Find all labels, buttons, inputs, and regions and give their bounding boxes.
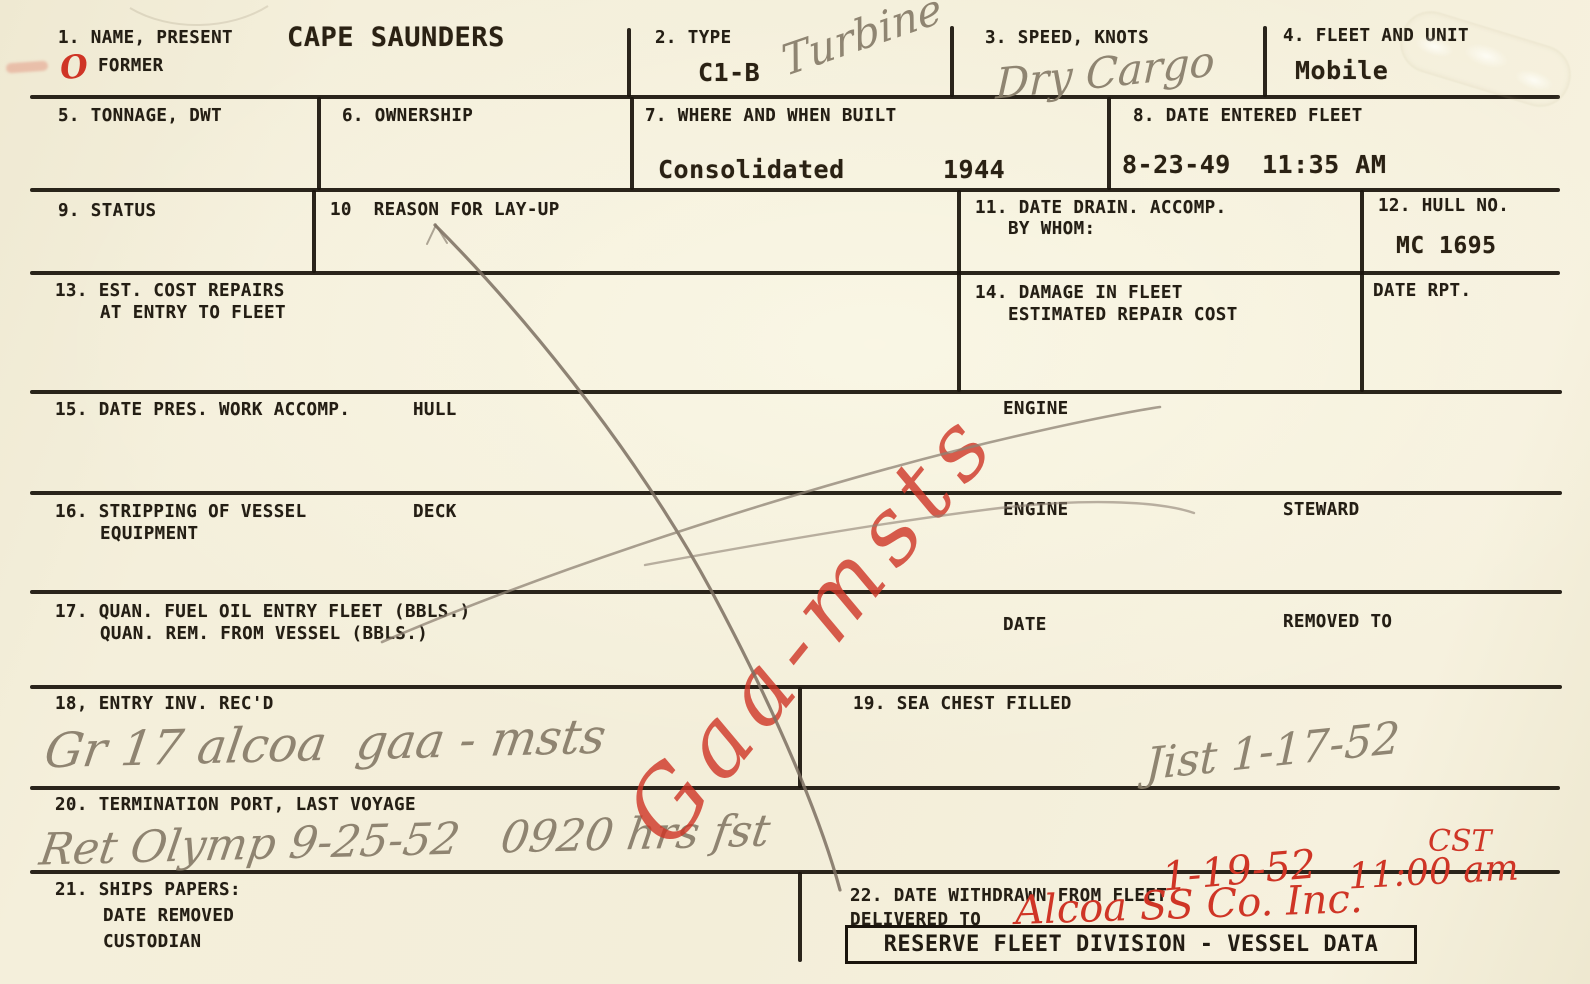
field7-label: 7. WHERE AND WHEN BUILT	[645, 106, 897, 126]
field8-label: 8. DATE ENTERED FLEET	[1133, 106, 1363, 126]
grid-hline-row1	[30, 95, 1560, 99]
field1-label: 1. NAME, PRESENT	[58, 28, 233, 48]
grid-vline-2-3	[950, 26, 954, 97]
type-value: C1-B	[698, 58, 760, 87]
grid-hline-row9	[30, 870, 1560, 874]
field11-label: 11. DATE DRAIN. ACCOMP.	[975, 198, 1227, 218]
grid-vline-7-8	[1107, 97, 1111, 190]
grid-hline-row3	[30, 271, 1560, 275]
field9-label: 9. STATUS	[58, 201, 156, 221]
grid-vline-3-4	[1263, 26, 1267, 97]
vessel-name-value: CAPE SAUNDERS	[287, 22, 505, 53]
field16-sub-label: EQUIPMENT	[100, 524, 198, 544]
field16-label: 16. STRIPPING OF VESSEL	[55, 502, 307, 522]
field14-sub-label: ESTIMATED REPAIR COST	[1008, 305, 1238, 325]
grid-vline-9-10	[312, 190, 316, 273]
year-built-value: 1944	[943, 155, 1005, 184]
field16-deck-label: DECK	[413, 502, 457, 522]
former-mark-handwriting: O	[58, 47, 90, 88]
field13-sub-label: AT ENTRY TO FLEET	[100, 303, 286, 323]
field12-label: 12. HULL NO.	[1378, 196, 1509, 216]
field15-engine-label: ENGINE	[1003, 399, 1069, 419]
grid-vline-6-7	[630, 97, 634, 190]
field17-label: 17. QUAN. FUEL OIL ENTRY FLEET (BBLS.)	[55, 602, 471, 622]
diagonal-red-handwriting: Gaa-msts	[417, 362, 913, 935]
field5-label: 5. TONNAGE, DWT	[58, 106, 222, 126]
grid-vline-10-11	[957, 190, 961, 392]
withdrawn-tz-handwriting: CST	[1428, 824, 1492, 859]
field2-label: 2. TYPE	[655, 28, 732, 48]
field21-label: 21. SHIPS PAPERS:	[55, 880, 241, 900]
grid-hline-row2	[30, 188, 1560, 192]
field21-custodian-label: CUSTODIAN	[103, 932, 201, 952]
type-handwriting: Turbine	[778, 0, 946, 86]
field18-label: 18, ENTRY INV. REC'D	[55, 694, 274, 714]
field17-date-label: DATE	[1003, 615, 1047, 635]
field15-hull-label: HULL	[413, 400, 457, 420]
red-smear	[6, 61, 49, 74]
field16-engine-label: ENGINE	[1003, 500, 1069, 520]
grid-vline-11-12	[1360, 190, 1364, 392]
field17-removed-to-label: REMOVED TO	[1283, 612, 1392, 632]
card-title: RESERVE FLEET DIVISION - VESSEL DATA	[884, 932, 1379, 957]
field17-sub-label: QUAN. REM. FROM VESSEL (BBLS.)	[100, 624, 428, 644]
field10-label: 10 REASON FOR LAY-UP	[330, 200, 560, 220]
field11-sub-label: BY WHOM:	[1008, 219, 1096, 239]
grid-vline-21-22	[798, 872, 802, 962]
hull-no-value: MC 1695	[1396, 233, 1496, 259]
field20-label: 20. TERMINATION PORT, LAST VOYAGE	[55, 795, 416, 815]
paper-corner-mark	[130, 6, 268, 25]
field1-former-label: FORMER	[98, 56, 164, 76]
date-rpt-label: DATE RPT.	[1373, 281, 1471, 301]
date-entered-value: 8-23-49 11:35 AM	[1122, 150, 1386, 179]
diagonal-red-text: Gaa-msts	[604, 387, 1020, 865]
field19-label: 19. SEA CHEST FILLED	[853, 694, 1072, 714]
field6-label: 6. OWNERSHIP	[342, 106, 473, 126]
sea-chest-handwriting: Jist 1-17-52	[1145, 712, 1401, 790]
field21-date-removed-label: DATE REMOVED	[103, 906, 234, 926]
field15-label: 15. DATE PRES. WORK ACCOMP.	[55, 400, 350, 420]
grid-vline-5-6	[317, 97, 321, 190]
field16-steward-label: STEWARD	[1283, 500, 1360, 520]
pencil-stroke-barb	[427, 225, 447, 244]
vessel-data-card: 1. NAME, PRESENT CAPE SAUNDERS FORMER O …	[0, 0, 1590, 984]
fleet-unit-value: Mobile	[1295, 56, 1388, 85]
card-title-box: RESERVE FLEET DIVISION - VESSEL DATA	[845, 925, 1417, 964]
grid-vline-1-2	[627, 28, 631, 97]
builder-value: Consolidated	[658, 155, 845, 184]
field14-label: 14. DAMAGE IN FLEET	[975, 283, 1183, 303]
field13-label: 13. EST. COST REPAIRS	[55, 281, 285, 301]
